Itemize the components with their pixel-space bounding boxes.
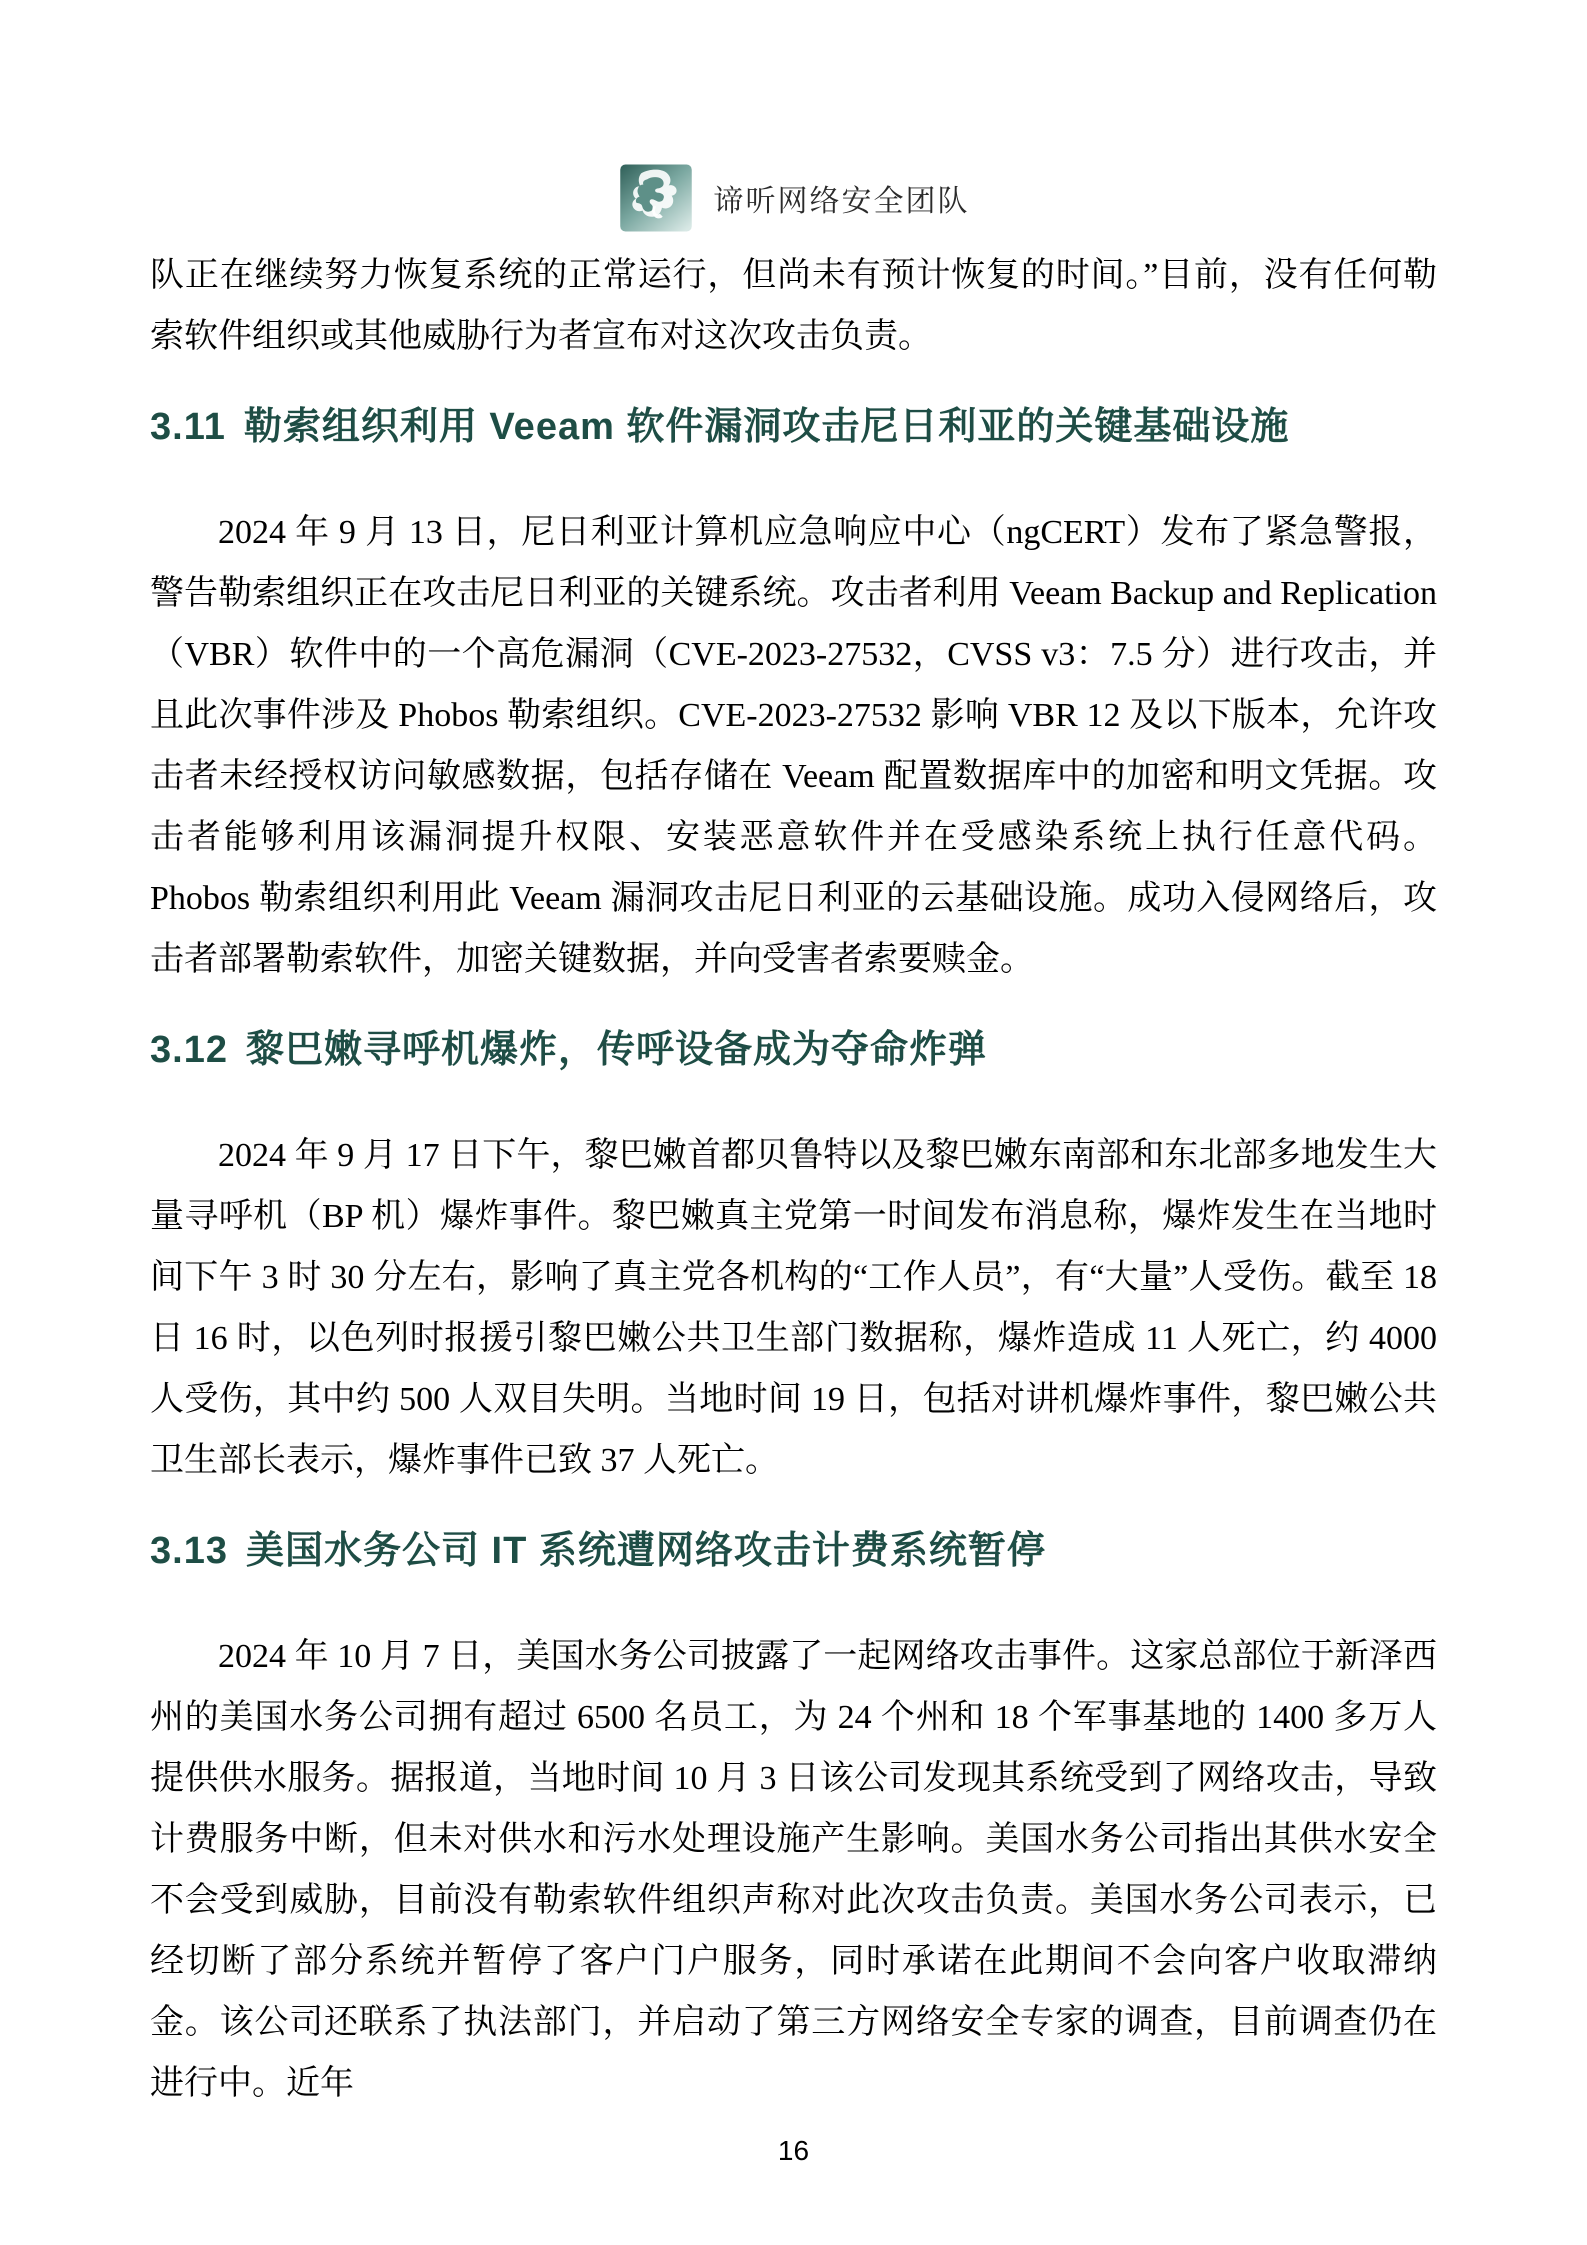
diting-seal-logo-icon bbox=[618, 163, 694, 233]
section-3-13: 3.13美国水务公司 IT 系统遭网络攻击计费系统暂停 2024 年 10 月 … bbox=[150, 1527, 1437, 2114]
section-3-12: 3.12黎巴嫩寻呼机爆炸，传呼设备成为夺命炸弹 2024 年 9 月 17 日下… bbox=[150, 1026, 1437, 1491]
section-3-11-heading: 3.11勒索组织利用 Veeam 软件漏洞攻击尼日利亚的关键基础设施 bbox=[150, 403, 1437, 451]
section-3-13-number: 3.13 bbox=[150, 1530, 228, 1572]
section-3-13-title: 美国水务公司 IT 系统遭网络攻击计费系统暂停 bbox=[246, 1530, 1046, 1572]
page-content: 队正在继续努力恢复系统的正常运行，但尚未有预计恢复的时间。”目前，没有任何勒索软… bbox=[150, 245, 1437, 2114]
section-3-12-number: 3.12 bbox=[150, 1029, 228, 1071]
team-name: 谛听网络安全团队 bbox=[714, 176, 970, 220]
page-number: 16 bbox=[0, 2135, 1587, 2167]
page-header: 谛听网络安全团队 bbox=[0, 0, 1587, 233]
document-page: 谛听网络安全团队 队正在继续努力恢复系统的正常运行，但尚未有预计恢复的时间。”目… bbox=[0, 0, 1587, 2245]
section-3-13-heading: 3.13美国水务公司 IT 系统遭网络攻击计费系统暂停 bbox=[150, 1527, 1437, 1575]
section-3-11-paragraph: 2024 年 9 月 13 日，尼日利亚计算机应急响应中心（ngCERT）发布了… bbox=[150, 502, 1437, 990]
section-3-11-title: 勒索组织利用 Veeam 软件漏洞攻击尼日利亚的关键基础设施 bbox=[244, 406, 1290, 448]
intro-paragraph: 队正在继续努力恢复系统的正常运行，但尚未有预计恢复的时间。”目前，没有任何勒索软… bbox=[150, 245, 1437, 367]
section-3-13-paragraph: 2024 年 10 月 7 日，美国水务公司披露了一起网络攻击事件。这家总部位于… bbox=[150, 1626, 1437, 2114]
section-3-11-number: 3.11 bbox=[150, 406, 226, 448]
section-3-12-heading: 3.12黎巴嫩寻呼机爆炸，传呼设备成为夺命炸弹 bbox=[150, 1026, 1437, 1074]
section-3-12-paragraph: 2024 年 9 月 17 日下午，黎巴嫩首都贝鲁特以及黎巴嫩东南部和东北部多地… bbox=[150, 1125, 1437, 1491]
section-3-11: 3.11勒索组织利用 Veeam 软件漏洞攻击尼日利亚的关键基础设施 2024 … bbox=[150, 403, 1437, 990]
section-3-12-title: 黎巴嫩寻呼机爆炸，传呼设备成为夺命炸弹 bbox=[246, 1029, 987, 1071]
